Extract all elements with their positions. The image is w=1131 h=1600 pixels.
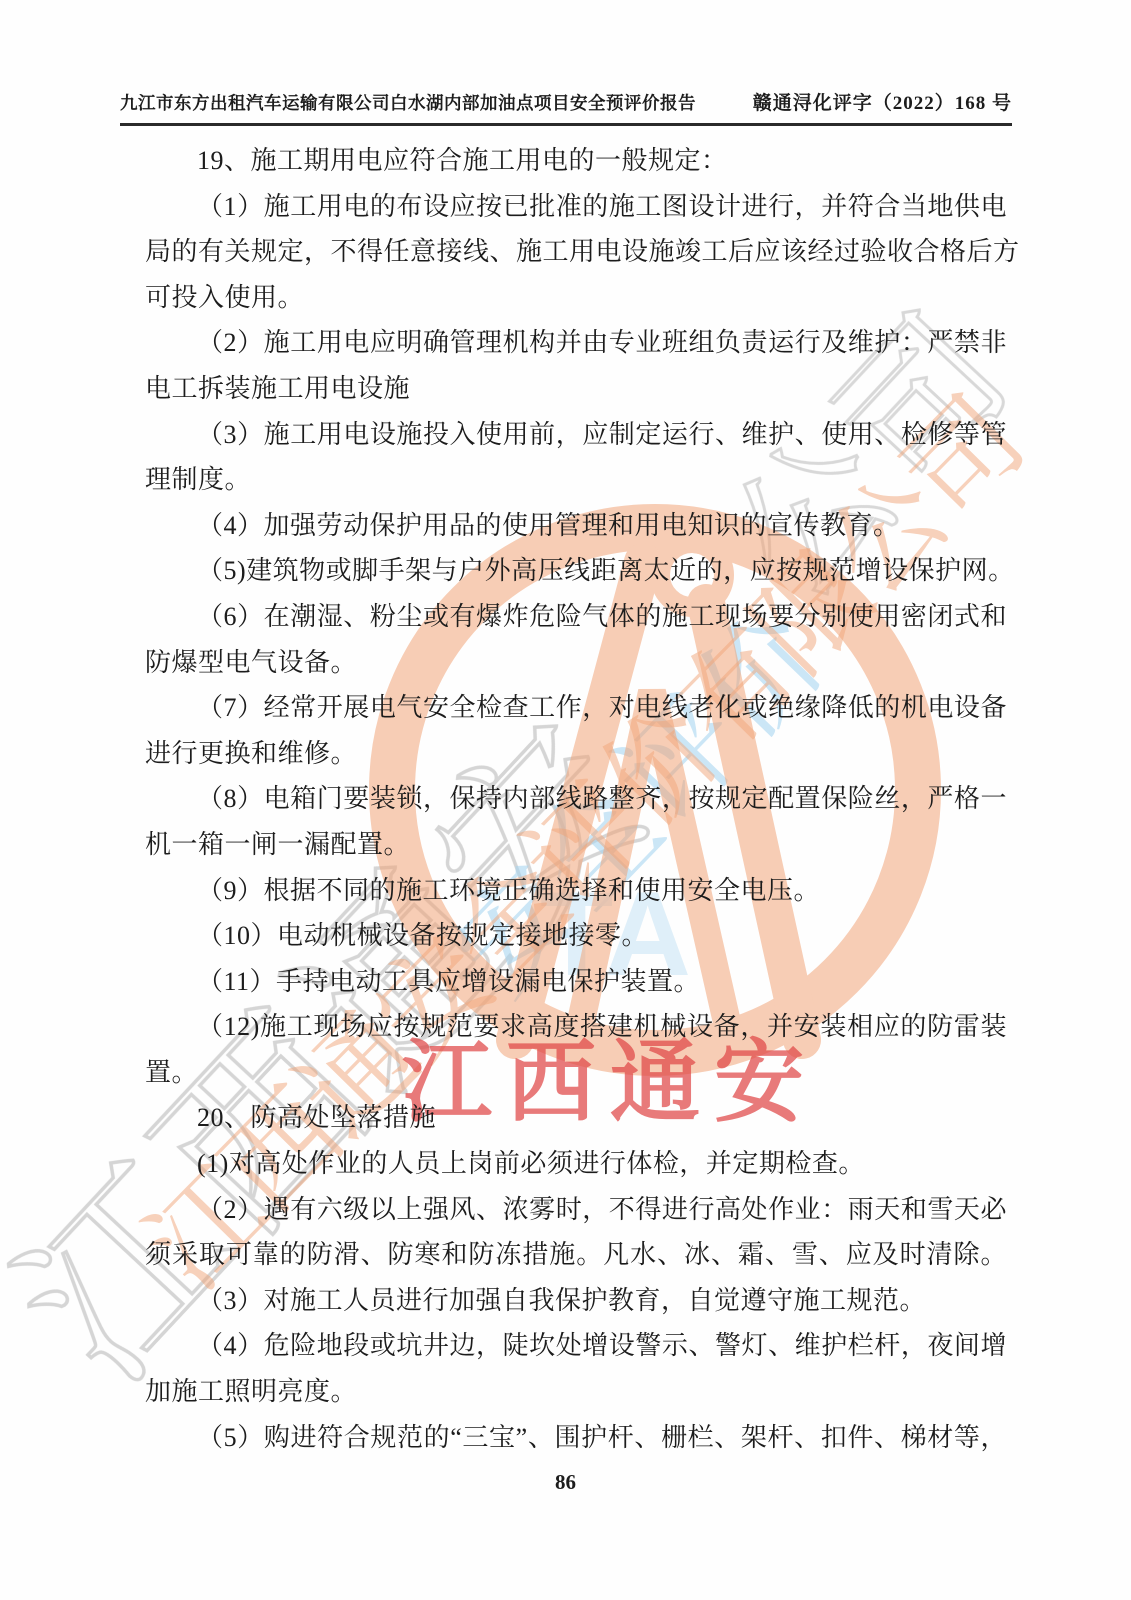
text-line: (1)对高处作业的人员上岗前必须进行体检，并定期检查。 <box>145 1141 1007 1187</box>
text-line: （12)施工现场应按规范要求高度搭建机械设备，并安装相应的防雷装 <box>145 1004 1007 1050</box>
text-line: （4）加强劳动保护用品的使用管理和用电知识的宣传教育。 <box>145 503 1007 549</box>
text-line: 进行更换和维修。 <box>145 731 1007 777</box>
report-title: 九江市东方出租汽车运输有限公司白水湖内部加油点项目安全预评价报告 <box>120 90 696 115</box>
text-line: 机一箱一闸一漏配置。 <box>145 822 1007 868</box>
text-line: 电工拆装施工用电设施 <box>145 366 1007 412</box>
text-line: （3）对施工人员进行加强自我保护教育，自觉遵守施工规范。 <box>145 1278 1007 1324</box>
text-line: 可投入使用。 <box>145 275 1007 321</box>
document-code: 赣通浔化评字（2022）168 号 <box>753 88 1012 115</box>
text-line: （5）购进符合规范的“三宝”、围护杆、栅栏、架杆、扣件、梯材等， <box>145 1415 1007 1461</box>
text-line: （6）在潮湿、粉尘或有爆炸危险气体的施工现场要分别使用密闭式和 <box>145 594 1007 640</box>
text-line: （10）电动机械设备按规定接地接零。 <box>145 913 1007 959</box>
text-line: （11）手持电动工具应增设漏电保护装置。 <box>145 959 1007 1005</box>
text-line: （3）施工用电设施投入使用前，应制定运行、维护、使用、检修等管 <box>145 412 1007 458</box>
text-line: 置。 <box>145 1050 1007 1096</box>
text-line: 理制度。 <box>145 457 1007 503</box>
text-line: （2）施工用电应明确管理机构并由专业班组负责运行及维护：严禁非 <box>145 320 1007 366</box>
text-line: 20、防高处坠落措施 <box>145 1095 1007 1141</box>
text-line: 局的有关规定，不得任意接线、施工用电设施竣工后应该经过验收合格后方 <box>145 229 1007 275</box>
page-header: 九江市东方出租汽车运输有限公司白水湖内部加油点项目安全预评价报告 赣通浔化评字（… <box>120 88 1012 126</box>
document-body: 19、施工期用电应符合施工用电的一般规定：（1）施工用电的布设应按已批准的施工图… <box>145 138 1007 1460</box>
page-number: 86 <box>0 1470 1131 1495</box>
text-line: 防爆型电气设备。 <box>145 640 1007 686</box>
text-line: （9）根据不同的施工环境正确选择和使用安全电压。 <box>145 868 1007 914</box>
text-line: 19、施工期用电应符合施工用电的一般规定： <box>145 138 1007 184</box>
text-line: （4）危险地段或坑井边，陡坎处增设警示、警灯、维护栏杆，夜间增 <box>145 1323 1007 1369</box>
text-line: （7）经常开展电气安全检查工作，对电线老化或绝缘降低的机电设备 <box>145 685 1007 731</box>
text-line: （8）电箱门要装锁，保持内部线路整齐，按规定配置保险丝，严格一 <box>145 776 1007 822</box>
text-line: 须采取可靠的防滑、防寒和防冻措施。凡水、冰、霜、雪、应及时清除。 <box>145 1232 1007 1278</box>
text-line: （1）施工用电的布设应按已批准的施工图设计进行，并符合当地供电 <box>145 184 1007 230</box>
report-page: 江西通安 公司 安全评价 TA 江西通安全评价有限公司 江西通安 九江市东方出租… <box>0 0 1131 1600</box>
text-line: 加施工照明亮度。 <box>145 1369 1007 1415</box>
text-line: （2）遇有六级以上强风、浓雾时，不得进行高处作业：雨天和雪天必 <box>145 1187 1007 1233</box>
text-line: （5)建筑物或脚手架与户外高压线距离太近的，应按规范增设保护网。 <box>145 548 1007 594</box>
